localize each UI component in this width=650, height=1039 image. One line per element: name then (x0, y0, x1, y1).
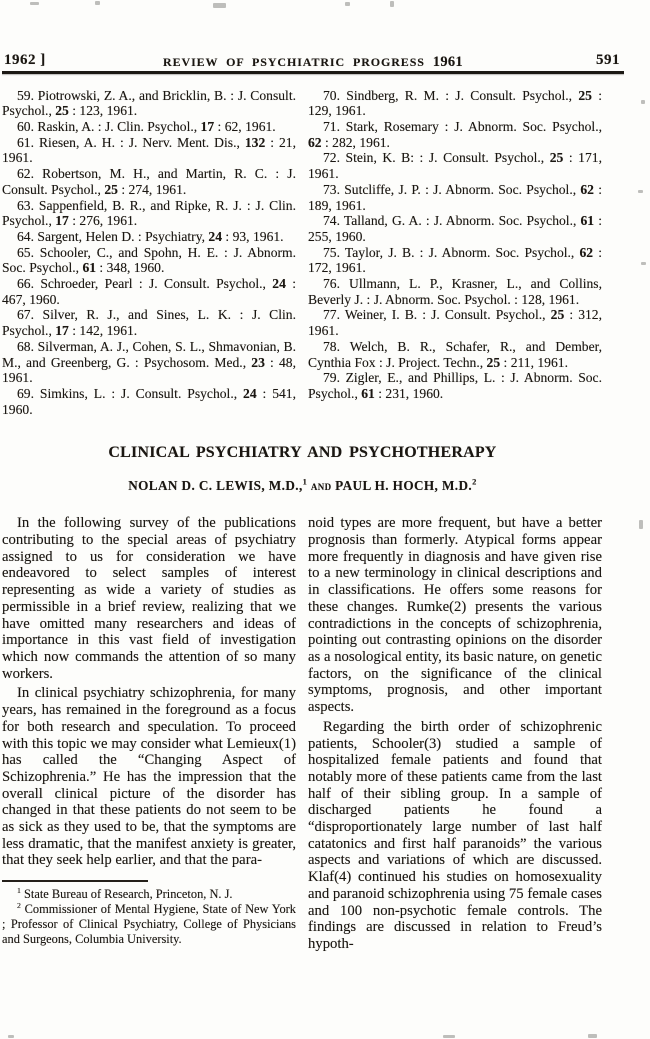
journal-page-scan: 1962 ] REVIEW OF PSYCHIATRIC PROGRESS 19… (0, 0, 650, 1039)
author-name: NOLAN D. C. LEWIS, M.D., (128, 478, 302, 493)
article-byline: NOLAN D. C. LEWIS, M.D.,1 AND PAUL H. HO… (2, 478, 603, 494)
body-paragraph: In clinical psychiatry schizophrenia, fo… (2, 685, 296, 869)
references-column-left: 59. Piotrowski, Z. A., and Bricklin, B. … (2, 88, 296, 418)
footnote-marker: 1 (17, 886, 21, 895)
reference-item: 61. Riesen, A. H. : J. Nerv. Ment. Dis.,… (2, 135, 296, 166)
reference-item: 64. Sargent, Helen D. : Psychiatry, 24 :… (2, 229, 296, 245)
body-left-paragraphs: In the following survey of the publicati… (2, 515, 296, 869)
scan-artifact (641, 262, 646, 265)
page-number: 591 (596, 52, 620, 69)
reference-item: 75. Taylor, J. B. : J. Abnorm. Soc. Psyc… (308, 245, 602, 276)
scan-artifact (345, 2, 350, 6)
footnote-block: 1 State Bureau of Research, Princeton, N… (2, 880, 296, 947)
body-column-right: noid types are more frequent, but have a… (308, 515, 602, 952)
scan-artifact (30, 2, 39, 5)
reference-item: 76. Ullmann, L. P., Krasner, L., and Col… (308, 276, 602, 307)
page-header: 1962 ] REVIEW OF PSYCHIATRIC PROGRESS 19… (2, 52, 624, 74)
reference-item: 79. Zigler, E., and Phillips, L. : J. Ab… (308, 370, 602, 401)
reference-item: 72. Stein, K. B: : J. Consult. Psychol.,… (308, 150, 602, 181)
footnote-marker: 2 (17, 901, 21, 910)
reference-item: 70. Sindberg, R. M. : J. Consult. Psycho… (308, 88, 602, 119)
author-name: PAUL H. HOCH, M.D. (335, 478, 472, 493)
body-paragraph: In the following survey of the publicati… (2, 515, 296, 682)
reference-item: 65. Schooler, C., and Spohn, H. E. : J. … (2, 245, 296, 276)
reference-item: 62. Robertson, M. H., and Martin, R. C. … (2, 166, 296, 197)
footnote-marker: 2 (472, 477, 477, 487)
body-paragraph: noid types are more frequent, but have a… (308, 515, 602, 715)
reference-item: 63. Sappenfield, B. R., and Ripke, R. J.… (2, 198, 296, 229)
running-head-year: 1961 (433, 54, 463, 70)
footnote: 2 Commissioner of Mental Hygiene, State … (2, 902, 296, 948)
reference-item: 69. Simkins, L. : J. Consult. Psychol., … (2, 386, 296, 417)
reference-item: 71. Stark, Rosemary : J. Abnorm. Soc. Ps… (308, 119, 602, 150)
footnote-rule (2, 880, 148, 882)
scan-artifact (95, 1, 100, 5)
reference-item: 77. Weiner, I. B. : J. Consult. Psychol.… (308, 307, 602, 338)
reference-item: 59. Piotrowski, Z. A., and Bricklin, B. … (2, 88, 296, 119)
scan-artifact (641, 100, 645, 104)
footnote: 1 State Bureau of Research, Princeton, N… (2, 887, 296, 902)
references-section: 59. Piotrowski, Z. A., and Bricklin, B. … (2, 88, 603, 418)
header-rule (2, 71, 624, 74)
scan-artifact (213, 3, 226, 8)
article-body: In the following survey of the publicati… (2, 515, 603, 952)
scan-artifact (588, 1034, 597, 1038)
scan-artifact (638, 190, 643, 193)
article-title: CLINICAL PSYCHIATRY AND PSYCHOTHERAPY (2, 444, 603, 462)
scan-artifact (390, 1, 394, 7)
running-head-row: 1962 ] REVIEW OF PSYCHIATRIC PROGRESS 19… (2, 52, 624, 69)
references-column-right: 70. Sindberg, R. M. : J. Consult. Psycho… (308, 88, 602, 418)
scan-artifact (639, 520, 643, 529)
reference-item: 74. Talland, G. A. : J. Abnorm. Soc. Psy… (308, 213, 602, 244)
scan-artifact (8, 1035, 14, 1038)
body-paragraph: Regarding the birth order of schizophren… (308, 719, 602, 953)
running-head: REVIEW OF PSYCHIATRIC PROGRESS 1961 (2, 52, 624, 71)
reference-item: 60. Raskin, A. : J. Clin. Psychol., 17 :… (2, 119, 296, 135)
body-column-left: In the following survey of the publicati… (2, 515, 296, 952)
footnotes: 1 State Bureau of Research, Princeton, N… (2, 887, 296, 948)
scan-artifact (443, 1035, 455, 1038)
running-head-title: REVIEW OF PSYCHIATRIC PROGRESS (163, 55, 425, 69)
reference-item: 78. Welch, B. R., Schafer, R., and Dembe… (308, 339, 602, 370)
reference-item: 73. Sutcliffe, J. P. : J. Abnorm. Soc. P… (308, 182, 602, 213)
reference-item: 66. Schroeder, Pearl : J. Consult. Psych… (2, 276, 296, 307)
volume-folio: 1962 ] (4, 52, 46, 69)
reference-item: 67. Silver, R. J., and Sines, L. K. : J.… (2, 307, 296, 338)
reference-item: 68. Silverman, A. J., Cohen, S. L., Shma… (2, 339, 296, 386)
author-name: AND (307, 479, 335, 493)
